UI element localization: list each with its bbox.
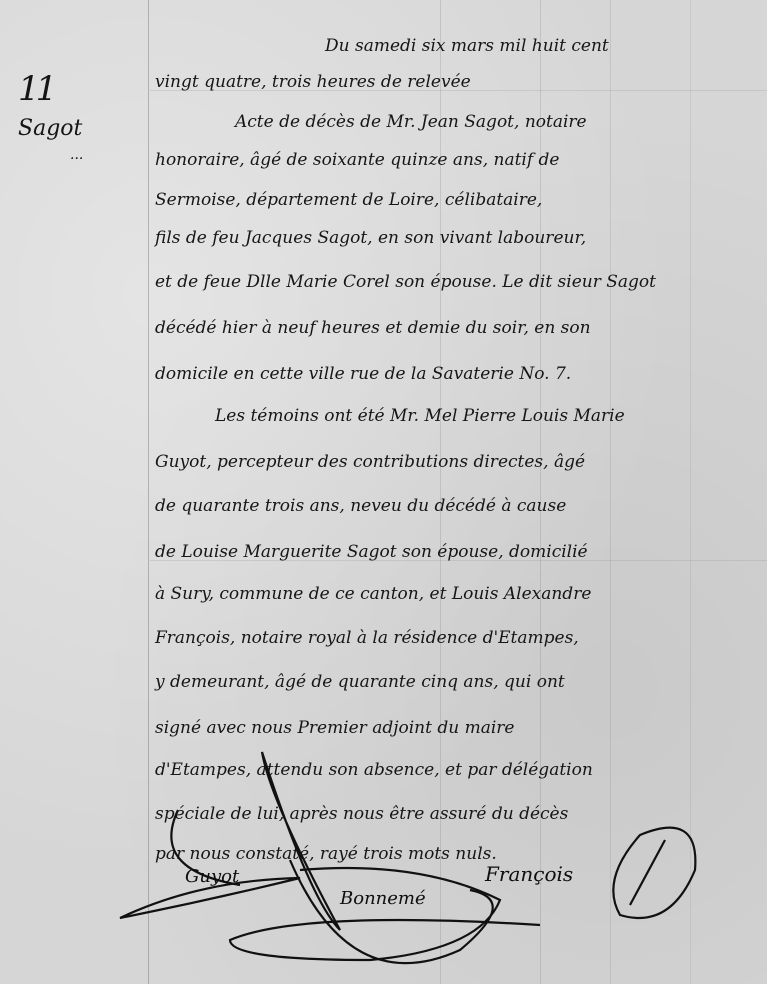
text-line: de quarante trois ans, neveu du décédé à… [155,496,566,516]
text-line: décédé hier à neuf heures et demie du so… [155,318,591,338]
column-rule [540,0,541,984]
signature-guyot: Guyot [185,866,239,887]
column-rule [440,0,441,984]
margin-note: ... [70,147,138,163]
margin-rule [148,0,149,984]
text-line: y demeurant, âgé de quarante cinq ans, q… [155,672,565,692]
margin-annotation: 11 Sagot ... [18,72,138,163]
text-line: par nous constaté, rayé trois mots nuls. [155,844,497,864]
entry-number: 11 [18,72,138,106]
text-line: honoraire, âgé de soixante quinze ans, n… [155,150,560,170]
text-line: domicile en cette ville rue de la Savate… [155,364,571,384]
text-line: de Louise Marguerite Sagot son épouse, d… [155,542,588,562]
text-line: à Sury, commune de ce canton, et Louis A… [155,584,591,604]
text-line: signé avec nous Premier adjoint du maire [155,718,514,738]
signature-bonneme: Bonnemé [340,888,426,909]
column-rule [610,0,611,984]
margin-surname: Sagot [18,116,138,141]
text-line: Les témoins ont été Mr. Mel Pierre Louis… [215,406,625,426]
column-rule [690,0,691,984]
text-line: François, notaire royal à la résidence d… [155,628,579,648]
text-line: Sermoise, département de Loire, célibata… [155,190,542,210]
text-line: Guyot, percepteur des contributions dire… [155,452,585,472]
text-line: fils de feu Jacques Sagot, en son vivant… [155,228,586,248]
text-line: et de feue Dlle Marie Corel son épouse. … [155,272,656,292]
text-line: Acte de décès de Mr. Jean Sagot, notaire [235,112,587,132]
signature-francois: François [485,862,573,886]
document-page: 11 Sagot ... Du samedi six mars mil huit… [0,0,767,984]
text-line: Du samedi six mars mil huit cent [325,36,609,56]
text-line: d'Etampes, attendu son absence, et par d… [155,760,593,780]
text-line: vingt quatre, trois heures de relevée [155,72,471,92]
text-line: spéciale de lui, après nous être assuré … [155,804,568,824]
